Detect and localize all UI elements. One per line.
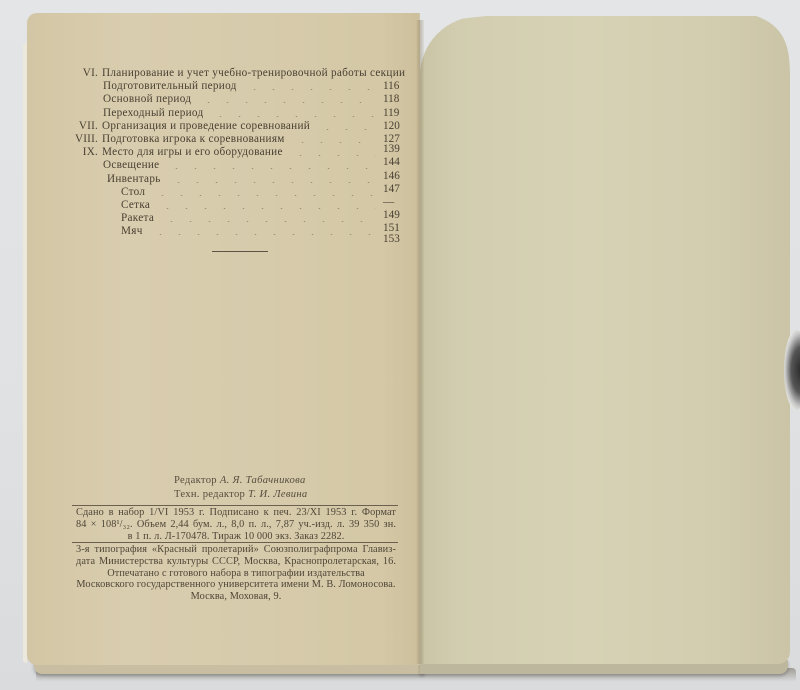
print-details: Сдано в набор 1/VI 1953 г. Подписано к п… [76, 507, 396, 542]
toc-leader-dots [158, 208, 376, 209]
toc-leader-dots [167, 168, 376, 169]
toc-chapter-number: VI. [68, 67, 98, 79]
toc-entry: Переходный период119 [0, 107, 800, 121]
toc-page-number: 116 [383, 80, 401, 92]
toc-leader-dots [169, 182, 376, 183]
toc-leader-dots [291, 155, 376, 156]
toc-title: Ракета [121, 212, 154, 224]
toc-page-number: 139 [383, 143, 401, 155]
toc-entry: 153 [0, 233, 800, 247]
toc-entry: Подготовительный период116 [0, 80, 800, 94]
toc-entry: VII.Организация и проведение соревновани… [0, 120, 800, 134]
toc-entry: VI.Планирование и учет учебно-тренировоч… [0, 67, 800, 81]
tech-editor-line: Техн. редактор Т. И. Левина [174, 488, 308, 502]
toc-page-number: 119 [383, 107, 401, 119]
toc-title: Стол [121, 186, 145, 198]
toc-leader-dots [153, 195, 376, 196]
toc-page-number: — [383, 196, 401, 208]
toc-page-number: 146 [383, 170, 401, 182]
toc-leader-dots [245, 89, 376, 90]
toc-leader-dots [293, 142, 376, 143]
toc-title: Место для игры и его оборудование [102, 146, 283, 158]
toc-title: Подготовка игрока к соревнованиям [102, 133, 285, 145]
toc-chapter-number: VII. [68, 120, 98, 132]
separator-rule [212, 251, 268, 252]
open-book: VI.Планирование и учет учебно-тренировоч… [0, 0, 800, 690]
editor-line: Редактор А. Я. Табачникова [174, 474, 308, 488]
toc-title: Подготовительный период [103, 80, 237, 92]
toc-title: Сетка [121, 199, 150, 211]
editor-name: А. Я. Табачникова [220, 475, 306, 486]
toc-title: Переходный период [103, 107, 203, 119]
toc-title: Инвентарь [107, 173, 161, 185]
toc-chapter-number: VIII. [68, 133, 98, 145]
toc-leader-dots [199, 102, 376, 103]
toc-title: Организация и проведение соревнований [102, 120, 310, 132]
toc-page-number: 144 [383, 156, 401, 168]
toc-leader-dots [162, 221, 376, 222]
toc-page-number: 153 [383, 233, 401, 245]
editors-credits: Редактор А. Я. Табачникова Техн. редакто… [174, 474, 308, 502]
toc-page-number: 147 [383, 183, 401, 195]
imprint-bottom-rule [72, 542, 398, 543]
imprint-top-rule [72, 505, 398, 506]
toc-chapter-number: IX. [68, 146, 98, 158]
toc-title: Планирование и учет учебно-тренировочной… [102, 67, 405, 79]
toc-title: Освещение [103, 159, 159, 171]
tech-editor-name: Т. И. Левина [248, 489, 307, 500]
toc-entry: Основной период118 [0, 93, 800, 107]
toc-page-number: 120 [383, 120, 401, 132]
toc-leader-dots [211, 116, 376, 117]
toc-leader-dots [318, 129, 376, 130]
toc-page-number: 118 [383, 93, 401, 105]
toc-title: Основной период [103, 93, 191, 105]
toc-page-number: 149 [383, 209, 401, 221]
printer-details: 3-я типография «Красный пролетарий» Союз… [76, 544, 396, 603]
